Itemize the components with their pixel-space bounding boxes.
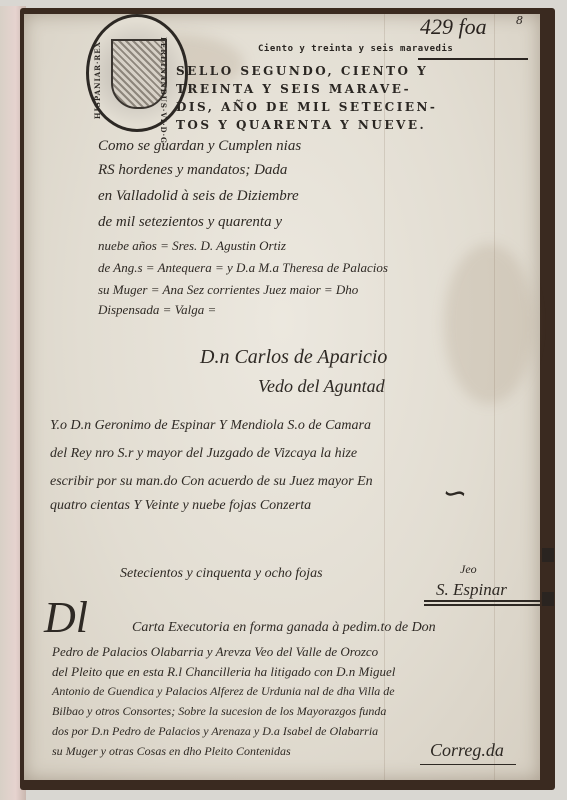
sig2-prefix: S. [436, 580, 449, 599]
note-line: Setecientos y cinquenta y ocho fojas [120, 566, 323, 582]
hw1-line-4: de mil setezientos y quarenta y [98, 214, 282, 231]
signature-underline-2 [424, 604, 540, 606]
closing-underline [420, 764, 516, 765]
royal-seal: FERDINANDUS·VI·D·G· HISPANIAR·REX [86, 14, 188, 132]
signature-espinar: S. Espinar [436, 580, 507, 600]
folio-number: 429 foa [420, 14, 487, 40]
printed-stamp-line-4: TOS Y QUARENTA Y NUEVE. [176, 118, 426, 132]
hw3-line-7: su Muger y otras Cosas en dho Pleito Con… [52, 744, 291, 759]
signature-carlos-aparicio: D.n Carlos de Aparicio [200, 346, 387, 369]
hw3-line-5: Bilbao y otros Consortes; Sobre la suces… [52, 704, 386, 719]
hw1-line-6: de Ang.s = Antequera = y D.a M.a Theresa… [98, 260, 388, 276]
fold-line [494, 14, 495, 780]
printed-stamp-line-2: TREINTA Y SEIS MARAVE- [176, 82, 411, 96]
stamp-header: Ciento y treinta y seis maravedis [258, 44, 453, 54]
hw1-line-1: Como se guardan y Cumplen nias [98, 138, 301, 155]
signature-underline [424, 600, 540, 602]
hw1-line-5: nuebe años = Sres. D. Agustin Ortiz [98, 238, 286, 254]
hw2-line-3: escribir por su man.do Con acuerdo de su… [50, 474, 373, 490]
hw3-line-4: Antonio de Guendica y Palacios Alferez d… [52, 684, 395, 699]
signature-2-superscript: Jeo [460, 562, 477, 577]
folio-superscript: 8 [516, 14, 523, 27]
sig2-name: Espinar [453, 580, 507, 599]
hw3-line-3: del Pleito que en esta R.l Chancilleria … [52, 664, 395, 680]
binding-tab [542, 548, 554, 562]
folio-underline [418, 58, 528, 60]
printed-stamp-line-1: SELLO SEGUNDO, CIENTO Y [176, 64, 428, 78]
folio-abbrev: foa [459, 14, 487, 39]
signature-title: Vedo del Aguntad [258, 376, 385, 397]
hw2-line-2: del Rey nro S.r y mayor del Juzgado de V… [50, 446, 357, 462]
hw2-line-4: quatro cientas Y Veinte y nuebe fojas Co… [50, 498, 311, 514]
hw3-line-6: dos por D.n Pedro de Palacios y Arenaza … [52, 724, 378, 739]
seal-legend-right: FERDINANDUS·VI·D·G· [159, 37, 168, 147]
rubric-flourish-icon: ∽ [440, 476, 465, 511]
stain [444, 244, 534, 404]
hw3-line-2: Pedro de Palacios Olabarria y Arevza Veo… [52, 644, 378, 660]
printed-stamp-line-3: DIS, AÑO DE MIL SETECIEN- [176, 100, 437, 114]
seal-legend-left: HISPANIAR·REX [93, 41, 102, 119]
folio-num: 429 [420, 14, 453, 39]
hw3-line-1: Carta Executoria en forma ganada à pedim… [132, 620, 436, 636]
drop-cap: Dl [44, 592, 88, 643]
binding-tab [542, 592, 554, 606]
hw2-line-1: Y.o D.n Geronimo de Espinar Y Mendiola S… [50, 418, 371, 434]
hw1-line-8: Dispensada = Valga = [98, 302, 216, 318]
hw1-line-2: RS hordenes y mandatos; Dada [98, 162, 287, 179]
hw1-line-7: su Muger = Ana Sez corrientes Juez maior… [98, 282, 358, 298]
closing-mark: Correg.da [430, 740, 504, 761]
hw1-line-3: en Valladolid à seis de Diziembre [98, 188, 299, 205]
